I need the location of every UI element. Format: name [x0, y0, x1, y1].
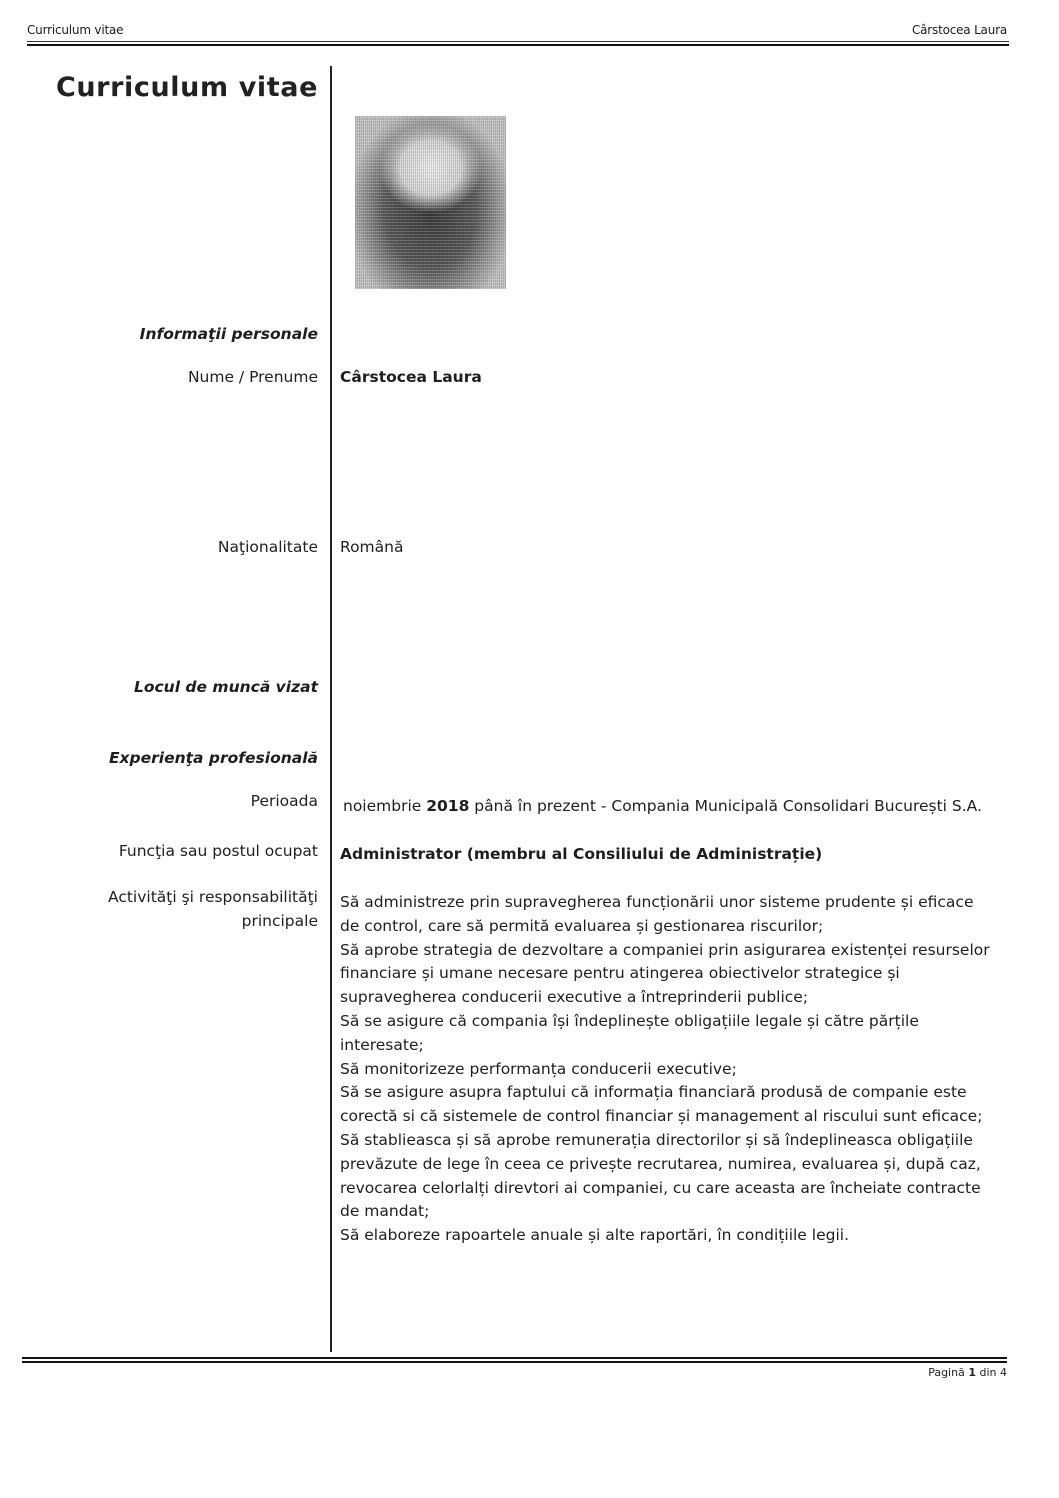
- responsibility-line: corectă si că sistemele de control finan…: [340, 1105, 1020, 1129]
- page-title: Curriculum vitae: [56, 72, 318, 103]
- name-value: Cârstocea Laura: [340, 368, 482, 386]
- responsibility-line: supravegherea conducerii executive a înt…: [340, 986, 1020, 1010]
- page-current: 1: [968, 1366, 976, 1379]
- responsibility-line: de mandat;: [340, 1200, 1020, 1224]
- responsibilities-label-line2: principale: [242, 912, 318, 930]
- responsibility-line: Să administreze prin supravegherea funcț…: [340, 891, 1020, 915]
- responsibility-line: interesate;: [340, 1034, 1020, 1058]
- column-divider: [330, 66, 332, 1352]
- nationality-label: Naţionalitate: [218, 538, 318, 556]
- page-prefix: Pagină: [928, 1366, 968, 1379]
- responsibility-line: Să stablieasca și să aprobe remunerația …: [340, 1129, 1020, 1153]
- footer-rule-top: [22, 1357, 1007, 1359]
- header-right-name: Cârstocea Laura: [912, 23, 1007, 37]
- period-label: Perioada: [251, 792, 318, 810]
- responsibility-line: de control, care să permită evaluarea și…: [340, 915, 1020, 939]
- responsibility-line: Să se asigure asupra faptului că informa…: [340, 1081, 1020, 1105]
- responsibility-line: revocarea celorlalți direvtori ai compan…: [340, 1177, 1020, 1201]
- section-heading-desired-job: Locul de muncă vizat: [134, 678, 318, 696]
- period-year: 2018: [426, 797, 469, 815]
- responsibility-line: Să monitorizeze performanța conducerii e…: [340, 1058, 1020, 1082]
- responsibility-line: Să se asigure că compania își îndeplineș…: [340, 1010, 1020, 1034]
- footer-rule-bottom: [22, 1361, 1007, 1363]
- responsibility-line: Să aprobe strategia de dezvoltare a comp…: [340, 939, 1020, 963]
- portrait-photo: [355, 116, 506, 289]
- responsibility-line: financiare și umane necesare pentru atin…: [340, 962, 1020, 986]
- position-label: Funcţia sau postul ocupat: [119, 842, 318, 860]
- responsibilities-list: Să administreze prin supravegherea funcț…: [340, 891, 1020, 1248]
- page-mid: din: [976, 1366, 1000, 1379]
- page-number: Pagină 1 din 4: [928, 1366, 1007, 1379]
- period-month: noiembrie: [343, 797, 426, 815]
- section-heading-experience: Experienţa profesională: [109, 749, 318, 767]
- responsibilities-label-line1: Activităţi şi responsabilităţi: [108, 888, 318, 906]
- responsibility-line: prevăzute de lege în ceea ce privește re…: [340, 1153, 1020, 1177]
- period-rest: până în prezent - Compania Municipală Co…: [469, 797, 982, 815]
- page-total: 4: [1000, 1366, 1007, 1379]
- position-value: Administrator (membru al Consiliului de …: [340, 845, 822, 863]
- responsibility-line: Să elaboreze rapoartele anuale și alte r…: [340, 1224, 1020, 1248]
- name-label: Nume / Prenume: [188, 368, 318, 386]
- header-rule-bottom: [27, 44, 1009, 46]
- section-heading-personal-info: Informaţii personale: [140, 325, 318, 343]
- nationality-value: Română: [340, 538, 403, 556]
- header-left-title: Curriculum vitae: [27, 23, 123, 37]
- period-value: noiembrie 2018 până în prezent - Compani…: [343, 797, 982, 815]
- header-rule-top: [27, 41, 1009, 42]
